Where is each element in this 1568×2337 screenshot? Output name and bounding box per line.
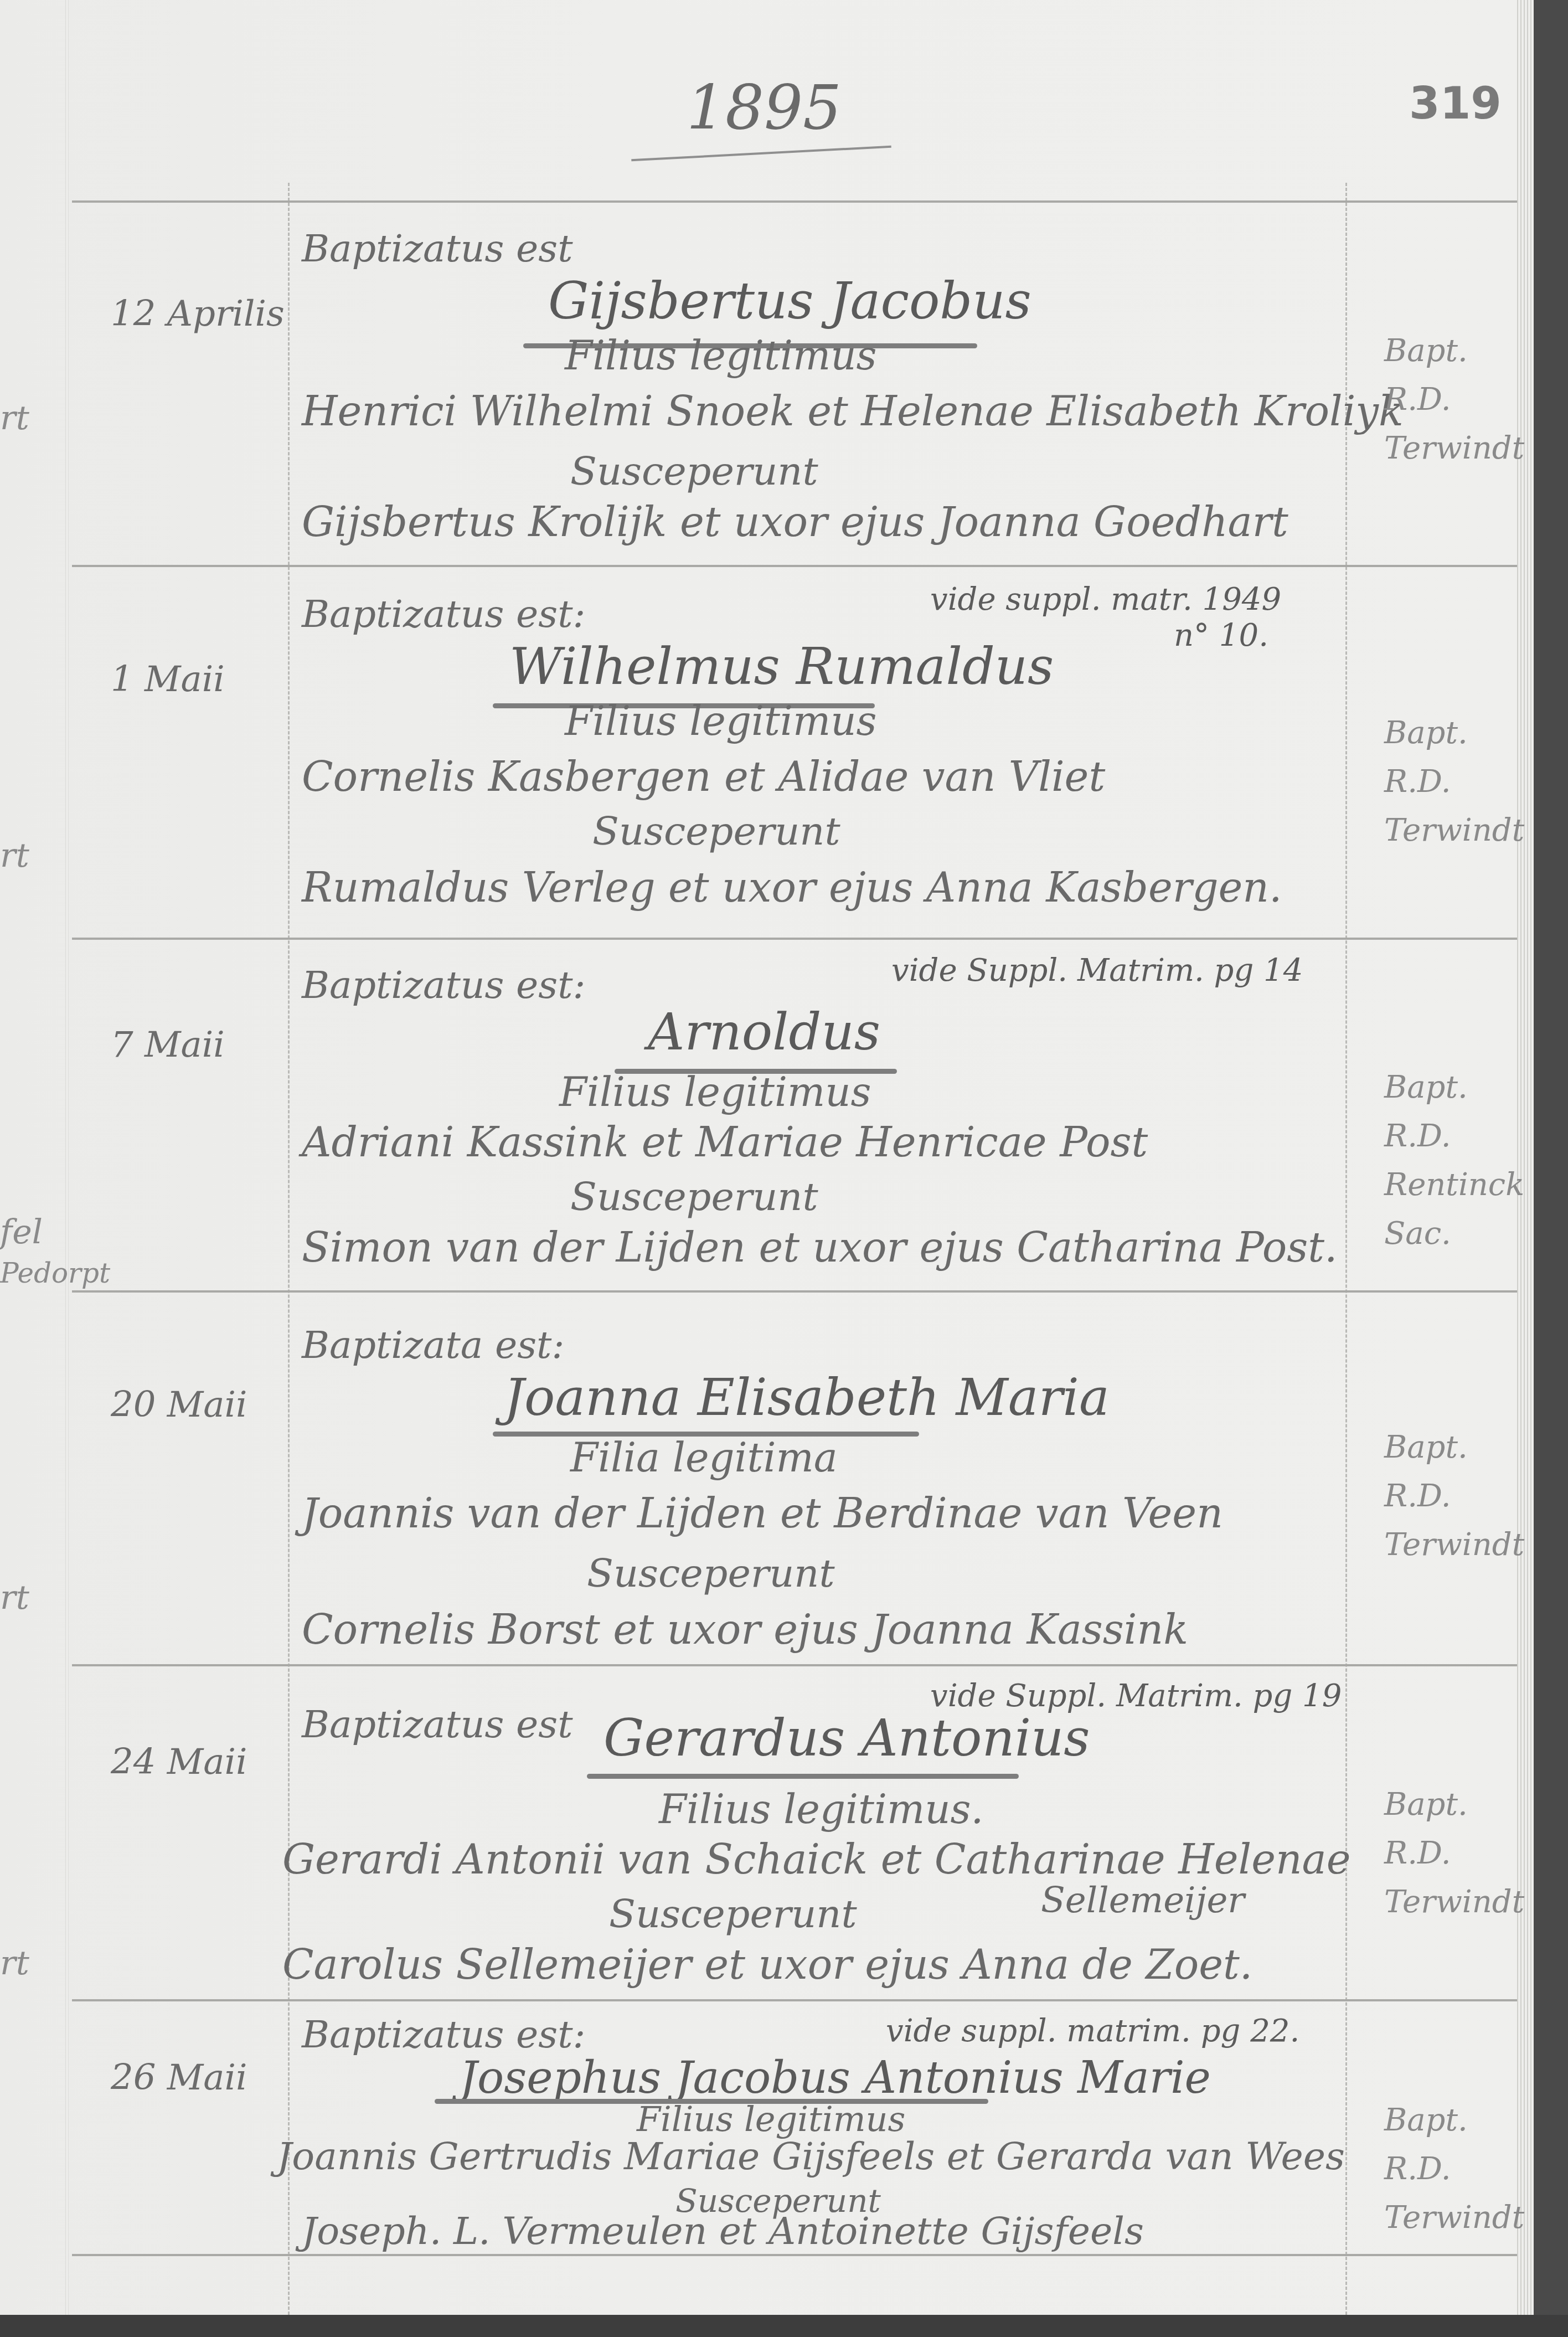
filiation: Filius legitimus. bbox=[659, 1786, 983, 1832]
left-page-fragment: rt bbox=[0, 836, 61, 875]
entry-heading: Baptizatus est: bbox=[302, 964, 586, 1007]
entry-heading: Baptizatus est bbox=[302, 1703, 573, 1747]
vide-reference: vide suppl. matr. 1949 bbox=[930, 581, 1281, 617]
parents: Gerardi Antonii van Schaick et Catharina… bbox=[282, 1836, 1351, 1883]
vide-number: n° 10. bbox=[1174, 617, 1268, 653]
baptized-name: Josephus Jacobus Antonius Marie bbox=[460, 2052, 1211, 2103]
left-page-fragment: Pedorpt bbox=[0, 1257, 61, 1289]
parents: Joannis van der Lijden et Berdinae van V… bbox=[302, 1490, 1223, 1537]
officiant-note: Bapt. R.D. Terwindt bbox=[1384, 1780, 1524, 1927]
entry-rule bbox=[72, 1290, 1517, 1293]
filiation: Filius legitimus bbox=[559, 1069, 871, 1115]
officiant-note: Bapt. R.D. Terwindt bbox=[1384, 327, 1524, 473]
officiant-note: Bapt. R.D. Rentinck Sac. bbox=[1384, 1063, 1524, 1258]
susceperunt-label: Susceperunt bbox=[570, 1174, 818, 1219]
entry-date: 24 Maii bbox=[111, 1742, 247, 1783]
filiation: Filius legitimus bbox=[565, 332, 877, 379]
entry-heading: Baptizatus est bbox=[302, 227, 573, 271]
vide-reference: vide Suppl. Matrim. pg 14 bbox=[891, 953, 1303, 989]
susceperunt-label: Susceperunt bbox=[570, 449, 818, 494]
entry-rule bbox=[72, 1999, 1517, 2001]
entry-rule bbox=[72, 1664, 1517, 1666]
godparents: Simon van der Lijden et uxor ejus Cathar… bbox=[302, 1224, 1338, 1272]
column-rule-date bbox=[288, 183, 290, 2315]
entry-date: 12 Aprilis bbox=[111, 294, 285, 334]
left-page-fragment: fel bbox=[0, 1213, 61, 1252]
background-dark-bottom bbox=[0, 2315, 1568, 2337]
left-page-fragment: rt bbox=[0, 1578, 61, 1617]
parents: Joannis Gertrudis Mariae Gijsfeels et Ge… bbox=[277, 2135, 1345, 2179]
parents: Adriani Kassink et Mariae Henricae Post bbox=[302, 1119, 1148, 1166]
filiation: Filius legitimus bbox=[637, 2099, 905, 2139]
godparents: Carolus Sellemeijer et uxor ejus Anna de… bbox=[282, 1941, 1252, 1989]
background-dark-right bbox=[1534, 0, 1568, 2337]
parents: Cornelis Kasbergen et Alidae van Vliet bbox=[302, 753, 1105, 801]
susceperunt-label: Susceperunt bbox=[609, 1891, 857, 1937]
header-rule bbox=[72, 200, 1517, 203]
officiant-note: Bapt. R.D. Terwindt bbox=[1384, 2096, 1524, 2242]
baptized-name: Gijsbertus Jacobus bbox=[548, 271, 1031, 331]
entry-date: 26 Maii bbox=[111, 2057, 247, 2098]
vide-reference: vide suppl. matrim. pg 22. bbox=[886, 2013, 1299, 2049]
entry-heading: Baptizata est: bbox=[302, 1324, 564, 1367]
entry-heading: Baptizatus est: bbox=[302, 2013, 586, 2057]
left-page-fragment: rt bbox=[0, 399, 61, 437]
register-year: 1895 bbox=[687, 72, 842, 143]
officiant-note: Bapt. R.D. Terwindt bbox=[1384, 709, 1524, 855]
entry-heading: Baptizatus est: bbox=[302, 593, 586, 636]
entry-rule bbox=[72, 2254, 1517, 2256]
name-underline bbox=[587, 1774, 1019, 1779]
godparents: Gijsbertus Krolijk et uxor ejus Joanna G… bbox=[302, 498, 1288, 546]
filiation: Filia legitima bbox=[570, 1434, 838, 1481]
baptized-name: Arnoldus bbox=[648, 1002, 880, 1062]
parents: Henrici Wilhelmi Snoek et Helenae Elisab… bbox=[302, 388, 1404, 435]
baptized-name: Wilhelmus Rumaldus bbox=[509, 637, 1054, 696]
column-rule-note bbox=[1345, 183, 1347, 2315]
entry-rule bbox=[72, 938, 1517, 940]
entry-date: 7 Maii bbox=[111, 1025, 225, 1065]
entry-rule bbox=[72, 565, 1517, 567]
officiant-note: Bapt. R.D. Terwindt bbox=[1384, 1423, 1524, 1569]
godparents: Joseph. L. Vermeulen et Antoinette Gijsf… bbox=[302, 2210, 1144, 2253]
susceperunt-label: Susceperunt bbox=[587, 1551, 835, 1596]
parents-continued: Sellemeijer bbox=[1041, 1880, 1245, 1921]
godparents: Rumaldus Verleg et uxor ejus Anna Kasber… bbox=[302, 864, 1282, 912]
baptized-name: Gerardus Antonius bbox=[604, 1708, 1090, 1768]
left-page-fragment: rt bbox=[0, 1944, 61, 1983]
filiation: Filius legitimus bbox=[565, 698, 877, 744]
entry-date: 20 Maii bbox=[111, 1384, 247, 1425]
godparents: Cornelis Borst et uxor ejus Joanna Kassi… bbox=[302, 1606, 1188, 1654]
susceperunt-label: Susceperunt bbox=[592, 809, 840, 854]
baptized-name: Joanna Elisabeth Maria bbox=[504, 1368, 1110, 1427]
entry-date: 1 Maii bbox=[111, 659, 225, 700]
page-number: 319 bbox=[1409, 78, 1502, 129]
page-fold bbox=[65, 0, 69, 2315]
